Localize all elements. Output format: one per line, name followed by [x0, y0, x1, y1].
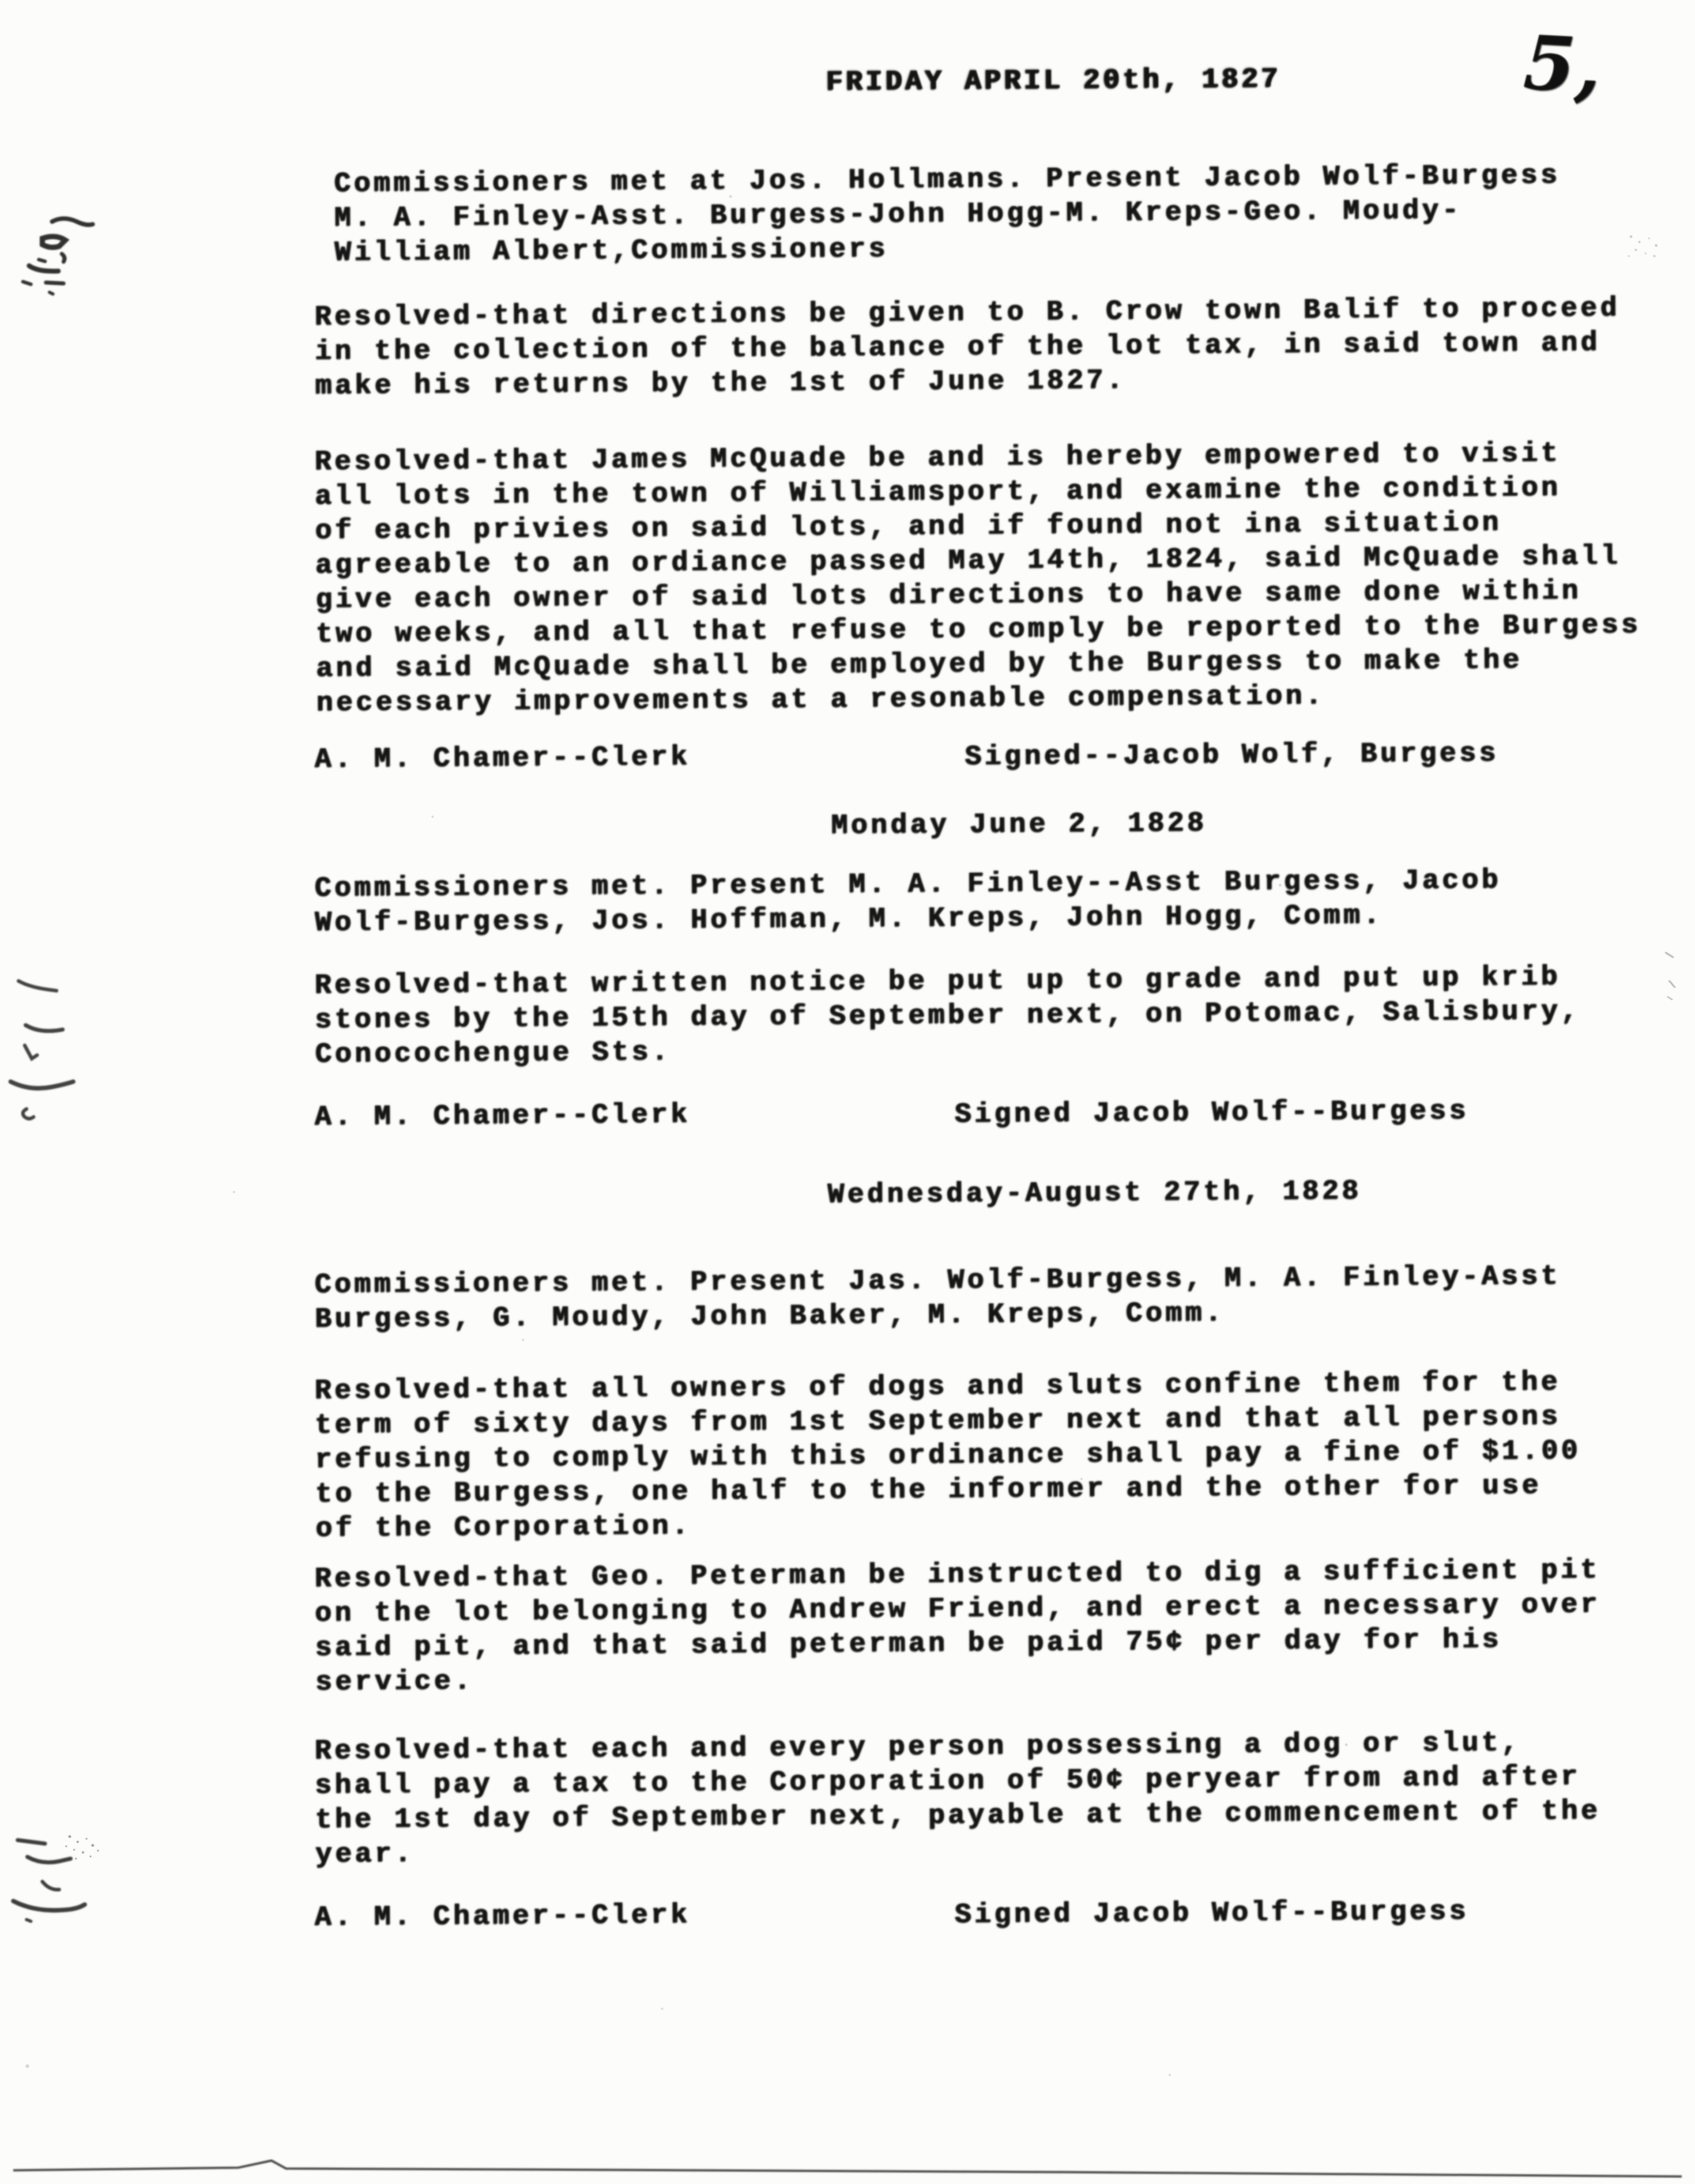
minutes-paragraph: Resolved-that Geo. Peterman be instructe…: [314, 1552, 1695, 1700]
ink-smudge-left-middle: [11, 981, 73, 1119]
meeting-date-heading: Monday June 2, 1828: [831, 799, 1695, 843]
ink-smudge-top-left: [23, 219, 93, 294]
page-number: 5,: [1522, 26, 1603, 104]
minutes-paragraph: Resolved-that each and every person poss…: [314, 1724, 1695, 1872]
minutes-paragraph: Commissioners met. Present M. A. Finley-…: [314, 862, 1695, 940]
minutes-paragraph: Resolved-that written notice be put up t…: [314, 959, 1695, 1072]
ink-smudge-bottom-left: [13, 1840, 85, 1921]
minutes-paragraph: Commissioners met at Jos. Hollmans. Pres…: [334, 157, 1695, 270]
speckle-cloud-bottom-left: [65, 1835, 99, 1860]
minutes-paragraph: Resolved-that James McQuade be and is he…: [314, 435, 1695, 720]
minutes-paragraph: Commissioners met. Present Jas. Wolf-Bur…: [314, 1258, 1695, 1337]
minutes-paragraph: Resolved-that directions be given to B. …: [314, 290, 1695, 404]
meeting-date-heading: Wednesday-August 27th, 1828: [827, 1168, 1695, 1212]
scan-edge-line: [13, 2161, 1682, 2176]
minutes-paragraph: Resolved-that all owners of dogs and slu…: [314, 1364, 1695, 1546]
scanned-minutes-page: FRIDAY APRIL 20th, 1827 5, Commissioners…: [0, 0, 1695, 2184]
